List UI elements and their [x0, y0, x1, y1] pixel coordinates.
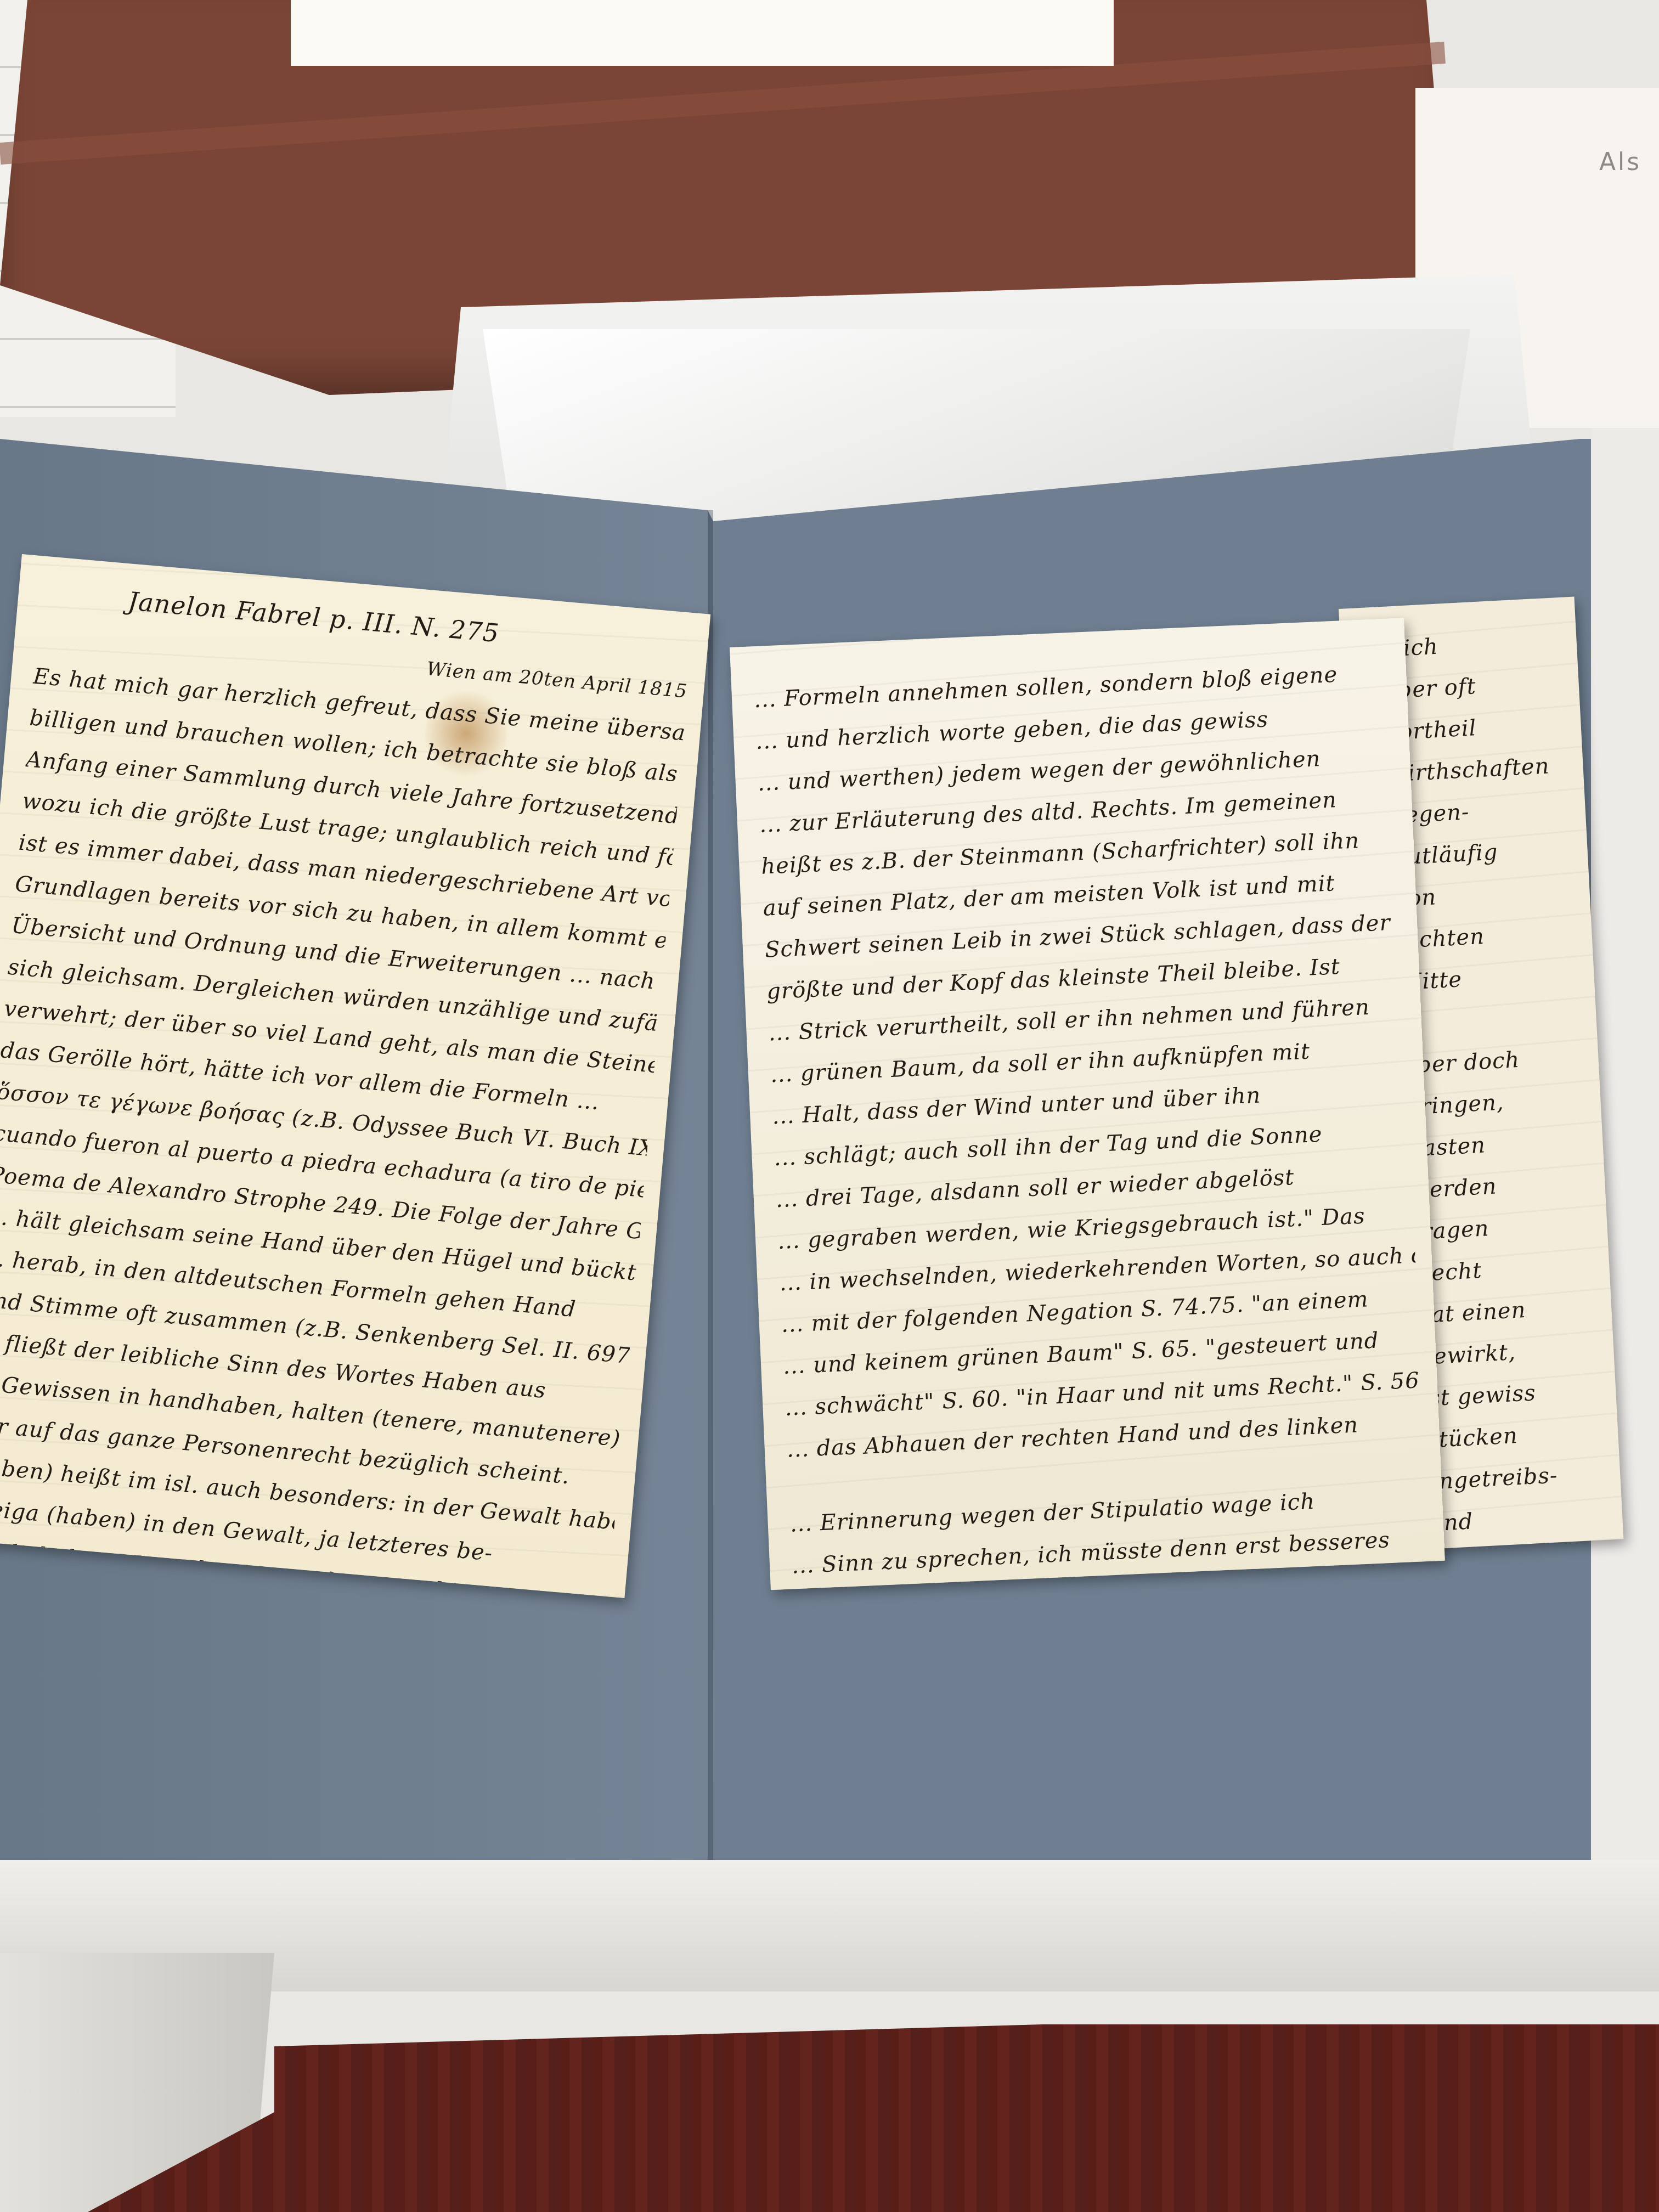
letter-right-lines: ... Formeln annehmen sollen, sondern blo… — [753, 652, 1440, 1590]
letter-left-page: Janelon Fabrel p. III. N. 275 Wien am 20… — [0, 554, 710, 1598]
letter-right-page: ... Formeln annehmen sollen, sondern blo… — [730, 618, 1445, 1590]
letter-left-lines: Janelon Fabrel p. III. N. 275 Wien am 20… — [0, 572, 693, 1598]
folder-spine — [708, 510, 713, 1876]
brown-box-label-card — [291, 0, 1114, 66]
pencil-label: Als — [1599, 148, 1641, 176]
